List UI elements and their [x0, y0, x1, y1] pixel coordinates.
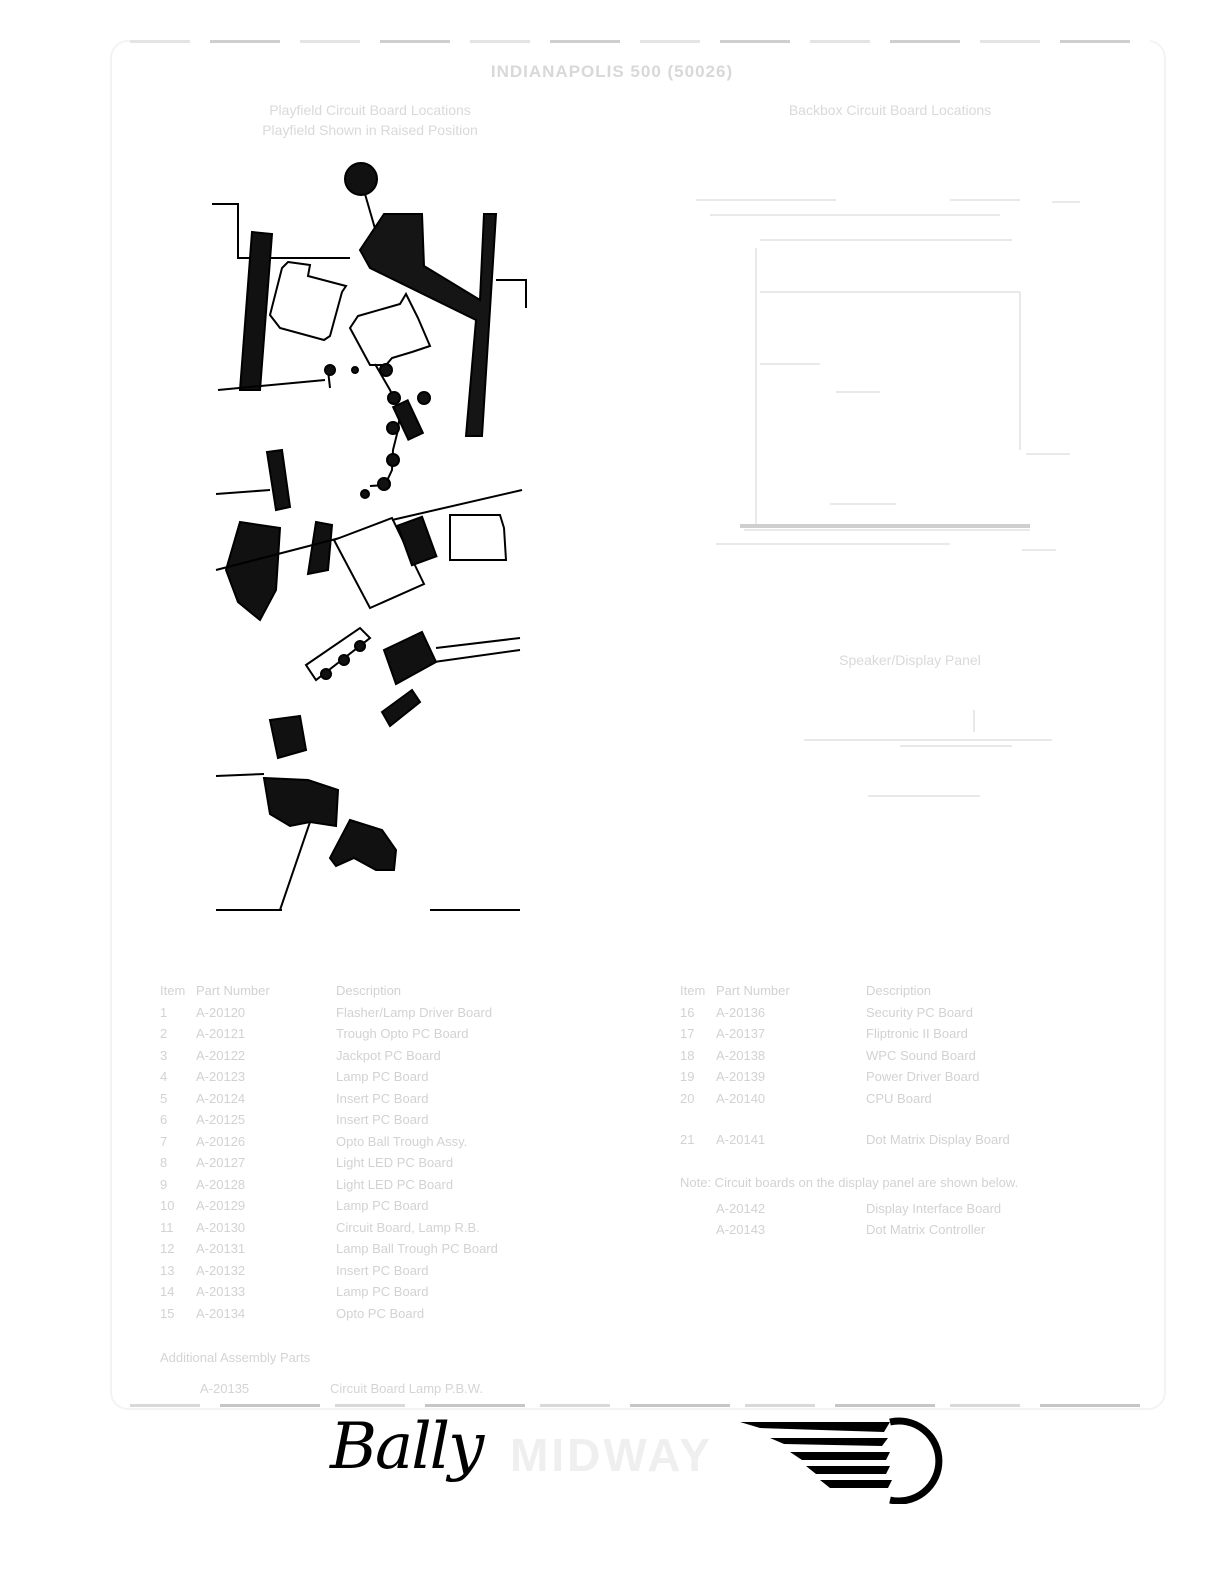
- part-number: A-20131: [196, 1241, 336, 1256]
- item-number: 16: [680, 1005, 716, 1020]
- part-number: A-20143: [716, 1222, 866, 1237]
- item-number: 12: [160, 1241, 196, 1256]
- item-number: 17: [680, 1026, 716, 1041]
- part-number: A-20137: [716, 1026, 866, 1041]
- part-description: CPU Board: [866, 1091, 1100, 1106]
- header-part-number: Part Number: [716, 983, 866, 998]
- additional-parts-heading: Additional Assembly Parts: [160, 1350, 600, 1365]
- midway-wordmark: MIDWAY: [510, 1428, 713, 1482]
- table-row: 13A-20132Insert PC Board: [160, 1260, 600, 1282]
- item-number: 18: [680, 1048, 716, 1063]
- table-row: 7A-20126Opto Ball Trough Assy.: [160, 1131, 600, 1153]
- part-description: Lamp PC Board: [336, 1284, 600, 1299]
- part-description: Display Interface Board: [866, 1201, 1100, 1216]
- part-number: A-20136: [716, 1005, 866, 1020]
- part-description: Lamp PC Board: [336, 1069, 600, 1084]
- table-row: 11A-20130Circuit Board, Lamp R.B.: [160, 1217, 600, 1239]
- part-number: A-20123: [196, 1069, 336, 1084]
- page-title: INDIANAPOLIS 500 (50026): [0, 62, 1224, 82]
- item-number: 5: [160, 1091, 196, 1106]
- display-note: Note: Circuit boards on the display pane…: [680, 1175, 1100, 1190]
- part-number: A-20121: [196, 1026, 336, 1041]
- part-description: Insert PC Board: [336, 1112, 600, 1127]
- part-number: A-20129: [196, 1198, 336, 1213]
- bottom-rule: [130, 1404, 1150, 1407]
- part-description: Trough Opto PC Board: [336, 1026, 600, 1041]
- backbox-heading: Backbox Circuit Board Locations: [720, 100, 1060, 120]
- part-description: Insert PC Board: [336, 1091, 600, 1106]
- item-number: 9: [160, 1177, 196, 1192]
- part-number: A-20141: [716, 1132, 866, 1147]
- table-row: 8A-20127Light LED PC Board: [160, 1152, 600, 1174]
- display-panel-diagram: [740, 680, 1080, 830]
- item-number: 7: [160, 1134, 196, 1149]
- part-number: A-20139: [716, 1069, 866, 1084]
- table-row: 1A-20120Flasher/Lamp Driver Board: [160, 1002, 600, 1024]
- part-number: A-20127: [196, 1155, 336, 1170]
- parts-list-header: Item Part Number Description: [160, 980, 600, 1002]
- item-number: 19: [680, 1069, 716, 1084]
- parts-list-left: Item Part Number Description 1A-20120Fla…: [160, 980, 600, 1324]
- part-description: Opto PC Board: [336, 1306, 600, 1321]
- bally-script-wordmark: Bally: [330, 1410, 482, 1484]
- part-number: A-20120: [196, 1005, 336, 1020]
- midway-wing-icon: [740, 1414, 950, 1504]
- part-number: A-20142: [716, 1201, 866, 1216]
- table-row: A-20143Dot Matrix Controller: [680, 1219, 1100, 1241]
- part-number: A-20132: [196, 1263, 336, 1278]
- playfield-heading-line2: Playfield Shown in Raised Position: [200, 120, 540, 140]
- backbox-diagram: [660, 140, 1120, 570]
- table-row: 14A-20133Lamp PC Board: [160, 1281, 600, 1303]
- table-row: 17A-20137Fliptronic II Board: [680, 1023, 1100, 1045]
- part-number: A-20125: [196, 1112, 336, 1127]
- part-description: Security PC Board: [866, 1005, 1100, 1020]
- table-row: 9A-20128Light LED PC Board: [160, 1174, 600, 1196]
- part-description: Lamp PC Board: [336, 1198, 600, 1213]
- item-number: 6: [160, 1112, 196, 1127]
- item-number: 20: [680, 1091, 716, 1106]
- table-row: 15A-20134Opto PC Board: [160, 1303, 600, 1325]
- part-description: Opto Ball Trough Assy.: [336, 1134, 600, 1149]
- table-row: 3A-20122Jackpot PC Board: [160, 1045, 600, 1067]
- table-row: 6A-20125Insert PC Board: [160, 1109, 600, 1131]
- part-description: Lamp Ball Trough PC Board: [336, 1241, 600, 1256]
- table-row: 19A-20139Power Driver Board: [680, 1066, 1100, 1088]
- part-description: Fliptronic II Board: [866, 1026, 1100, 1041]
- item-number: 8: [160, 1155, 196, 1170]
- item-number: 10: [160, 1198, 196, 1213]
- parts-list-header: Item Part Number Description: [680, 980, 1100, 1002]
- part-number: A-20138: [716, 1048, 866, 1063]
- part-number: A-20135: [160, 1381, 330, 1396]
- item-number: 13: [160, 1263, 196, 1278]
- table-row: 20A-20140CPU Board: [680, 1088, 1100, 1110]
- additional-parts: Additional Assembly Parts A-20135 Circui…: [160, 1350, 600, 1396]
- part-description: Dot Matrix Controller: [866, 1222, 1100, 1237]
- playfield-diagram: [160, 150, 580, 960]
- top-rule: [130, 40, 1150, 43]
- item-number: 11: [160, 1220, 196, 1235]
- part-description: Power Driver Board: [866, 1069, 1100, 1084]
- header-item: Item: [160, 983, 196, 998]
- part-description: Light LED PC Board: [336, 1177, 600, 1192]
- table-row: 16A-20136Security PC Board: [680, 1002, 1100, 1024]
- part-number: A-20122: [196, 1048, 336, 1063]
- part-number: A-20126: [196, 1134, 336, 1149]
- bally-midway-logo: Bally MIDWAY: [330, 1410, 950, 1520]
- header-description: Description: [866, 983, 1100, 998]
- table-row: 10A-20129Lamp PC Board: [160, 1195, 600, 1217]
- part-number: A-20124: [196, 1091, 336, 1106]
- table-row: A-20142Display Interface Board: [680, 1198, 1100, 1220]
- item-number: 3: [160, 1048, 196, 1063]
- item-number: 15: [160, 1306, 196, 1321]
- part-number: A-20128: [196, 1177, 336, 1192]
- part-description: Dot Matrix Display Board: [866, 1132, 1100, 1147]
- item-number: 4: [160, 1069, 196, 1084]
- part-description: Jackpot PC Board: [336, 1048, 600, 1063]
- parts-list-right: Item Part Number Description 16A-20136Se…: [680, 980, 1100, 1241]
- part-description: Insert PC Board: [336, 1263, 600, 1278]
- part-description: Flasher/Lamp Driver Board: [336, 1005, 600, 1020]
- table-row: 21 A-20141 Dot Matrix Display Board: [680, 1129, 1100, 1151]
- playfield-heading-line1: Playfield Circuit Board Locations: [200, 100, 540, 120]
- header-part-number: Part Number: [196, 983, 336, 998]
- table-row: 12A-20131Lamp Ball Trough PC Board: [160, 1238, 600, 1260]
- item-number: 1: [160, 1005, 196, 1020]
- part-description: Circuit Board, Lamp R.B.: [336, 1220, 600, 1235]
- header-item: Item: [680, 983, 716, 998]
- table-row: 4A-20123Lamp PC Board: [160, 1066, 600, 1088]
- part-description: Light LED PC Board: [336, 1155, 600, 1170]
- part-number: A-20140: [716, 1091, 866, 1106]
- part-number: A-20133: [196, 1284, 336, 1299]
- table-row: 2A-20121Trough Opto PC Board: [160, 1023, 600, 1045]
- part-description: WPC Sound Board: [866, 1048, 1100, 1063]
- part-number: A-20134: [196, 1306, 336, 1321]
- item-number: 21: [680, 1132, 716, 1147]
- part-number: A-20130: [196, 1220, 336, 1235]
- table-row: A-20135 Circuit Board Lamp P.B.W.: [160, 1381, 600, 1396]
- playfield-heading: Playfield Circuit Board Locations Playfi…: [200, 100, 540, 140]
- item-number: 14: [160, 1284, 196, 1299]
- display-panel-heading: Speaker/Display Panel: [760, 650, 1060, 670]
- header-description: Description: [336, 983, 600, 998]
- table-row: 18A-20138WPC Sound Board: [680, 1045, 1100, 1067]
- table-row: 5A-20124Insert PC Board: [160, 1088, 600, 1110]
- item-number: 2: [160, 1026, 196, 1041]
- part-description: Circuit Board Lamp P.B.W.: [330, 1381, 483, 1396]
